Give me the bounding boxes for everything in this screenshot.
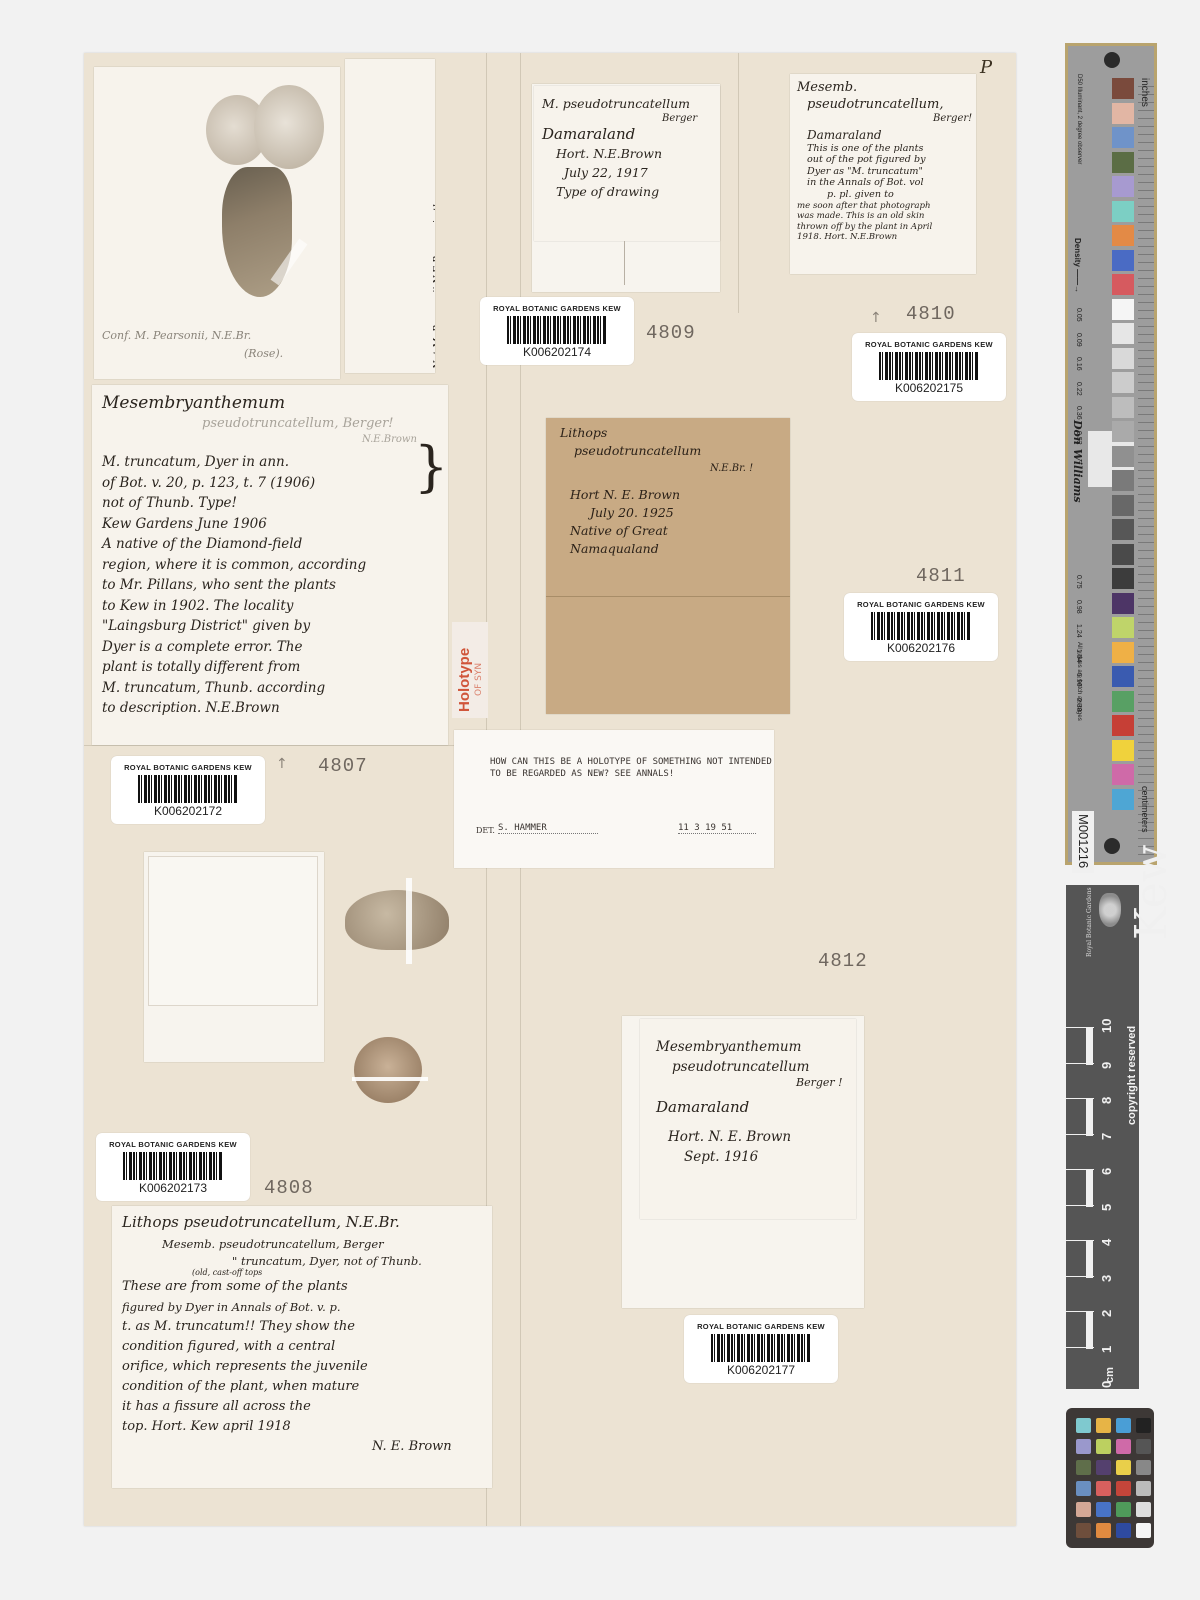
color-patch [1112,495,1134,516]
color-patch [1112,348,1134,369]
checker-swatch [1116,1418,1131,1433]
type-label-subtitle-author: N.E.Brown [102,434,438,446]
color-patch [1112,544,1134,565]
checker-swatch [1096,1502,1111,1517]
divider-horizontal [84,745,486,746]
density-value: 1.96 [1075,673,1082,687]
specimen-fragment-upper [345,890,449,950]
cm-segment [1066,1134,1094,1170]
stamp-number-4808: 4808 [264,1177,314,1199]
barcode-label-K006202174: ROYAL BOTANIC GARDENS KEW K006202174 [480,297,634,365]
barcode-bars [879,352,979,380]
specimen-tape-upper [406,878,412,964]
barcode-bars [123,1152,223,1180]
color-patch [1112,421,1134,442]
specimen-fragment-lower [354,1037,422,1103]
mesemb-skin-label: Mesemb. pseudotruncatellum, Berger! Dama… [790,74,976,274]
barcode-label-K006202175: ROYAL BOTANIC GARDENS KEW K006202175 [852,333,1006,401]
color-patch [1112,764,1134,785]
checker-swatch [1136,1481,1151,1496]
color-patch [1112,250,1134,271]
checker-swatch [1136,1439,1151,1454]
color-patch [1112,127,1134,148]
density-value: 2.38 [1075,698,1082,712]
color-patch [1112,201,1134,222]
packet-fold-line [624,241,625,285]
color-patch [1112,519,1134,540]
cm-tick-label: 2 [1099,1310,1114,1317]
kew-crest-icon [1099,893,1121,927]
holotype-stamp: Holotype OF SYN [452,622,488,718]
density-value: 0.16 [1075,357,1082,371]
color-calibration-strip: inches centimeters D50 Illuminant, 2 deg… [1065,43,1157,865]
type-label-title: Mesembryanthemum [102,393,438,414]
checker-swatch [1096,1460,1111,1475]
pearsonii-specimen-label: Conf. M. Pearsonii, N.E.Br. (Rose). [94,67,340,379]
barcode-label-K006202176: ROYAL BOTANIC GARDENS KEW K006202176 [844,593,998,661]
corner-mark: P [980,57,992,78]
divider-vertical-mid [738,53,739,313]
cm-tick-label: 9 [1099,1061,1114,1068]
checker-swatch [1096,1481,1111,1496]
arrow-up-icon: ↑ [276,756,288,772]
checker-swatch [1116,1481,1131,1496]
color-patch [1112,593,1134,614]
cm-tick-label: 1 [1099,1345,1114,1352]
cm-tick-label: 4 [1099,1239,1114,1246]
color-patch [1112,740,1134,761]
checker-swatch [1096,1523,1111,1538]
cm-tick-label: 0 [1099,1381,1114,1388]
stamp-number-4809: 4809 [646,322,696,344]
color-patch [1112,397,1134,418]
color-patch [1112,568,1134,589]
kew-brand-sub: Royal Botanic Gardens [1086,887,1093,957]
checker-swatch [1136,1418,1151,1433]
cm-tick-label: 6 [1099,1168,1114,1175]
barcode-bars [871,612,971,640]
color-patch [1112,323,1134,344]
cm-tick-label: 8 [1099,1097,1114,1104]
copyright-note: copyright reserved [1126,1026,1138,1125]
density-value: 0.22 [1075,382,1082,396]
cm-tick-label: 3 [1099,1274,1114,1281]
vertical-annotation-text: Not M. Pearsonii N.E.Br.; nor in the sli… [431,65,435,369]
checker-swatch [1076,1460,1091,1475]
lithops-description-label: Lithops pseudotruncatellum, N.E.Br. Mese… [112,1206,492,1488]
type-label-subtitle: pseudotruncatellum, Berger! [102,414,438,435]
cm-segment [1066,1311,1094,1347]
color-patch [1112,299,1134,320]
cm-ruler [1066,1027,1094,1382]
cm-segment [1066,1240,1094,1276]
strip-units-bottom: centimeters [1140,786,1150,833]
color-patch [1112,103,1134,124]
kraft-envelope-label: Lithops pseudotruncatellum N.E.Br. ! Hor… [546,418,790,714]
det-name: S. HAMMER [498,823,598,834]
color-patch [1112,274,1134,295]
color-patch [1112,176,1134,197]
density-value: 0.98 [1075,600,1082,614]
stamp-number-4810: 4810 [906,303,956,325]
determination-slip: HOW CAN THIS BE A HOLOTYPE OF SOMETHING … [454,730,774,868]
cm-segment [1066,1063,1094,1099]
density-value: 0.75 [1075,575,1082,589]
barcode-bars [138,775,238,803]
empty-packet-flap [148,856,318,1006]
specimen-tape-lower [352,1077,428,1081]
specimen-lobe-right [254,85,324,169]
checker-swatch [1076,1523,1091,1538]
color-patch [1112,789,1134,810]
vertical-annotation-label: Not M. Pearsonii N.E.Br.; nor in the sli… [345,59,435,373]
barcode-bars [507,316,607,344]
type-description-label: Mesembryanthemum pseudotruncatellum, Ber… [92,385,448,745]
det-date: 11 3 19 51 [678,823,756,834]
density-value: 1.24 [1075,624,1082,638]
color-patch [1112,642,1134,663]
checker-swatch [1136,1460,1151,1475]
strip-illuminant-note: D50 Illuminant, 2 degree observer [1076,74,1082,164]
color-patch [1112,152,1134,173]
cm-segment [1066,1276,1094,1312]
cm-segment [1066,1205,1094,1241]
brace-glyph: } [414,457,448,478]
checker-swatch [1116,1502,1131,1517]
cm-segment [1066,1098,1094,1134]
kew-brand: Kew [1126,845,1177,940]
checker-swatch [1136,1523,1151,1538]
cm-tick-label: 5 [1099,1203,1114,1210]
checker-swatch [1096,1418,1111,1433]
cm-tick-label: 10 [1099,1019,1114,1033]
checker-swatch [1136,1502,1151,1517]
strip-catalog-code: M001216 [1072,811,1094,873]
strip-ruler [1138,86,1154,856]
color-patch [1112,666,1134,687]
strip-density-label: Density ——→ [1073,238,1082,293]
stamp-number-4812: 4812 [818,950,868,972]
density-value: 0.05 [1075,308,1082,322]
barcode-label-K006202177: ROYAL BOTANIC GARDENS KEW K006202177 [684,1315,838,1383]
checker-swatch [1116,1439,1131,1454]
stamp-number-4807: 4807 [318,755,368,777]
color-patch [1112,225,1134,246]
sept-1916-label: Mesembryanthemum pseudotruncatellum Berg… [640,1019,856,1219]
kew-cm-scale-bar: Kew Royal Botanic Gardens copyright rese… [1066,885,1139,1389]
drawing-label: M. pseudotruncatellum Berger Damaraland … [534,86,720,241]
barcode-label-K006202172: ROYAL BOTANIC GARDENS KEW K006202172 [111,756,265,824]
checker-swatch [1116,1460,1131,1475]
color-patch [1112,691,1134,712]
color-patch [1112,470,1134,491]
strip-hole-top [1104,52,1120,68]
cm-segment [1066,1027,1094,1063]
barcode-label-K006202173: ROYAL BOTANIC GARDENS KEW K006202173 [96,1133,250,1201]
barcode-bars [711,1334,811,1362]
strip-hole-bottom [1104,838,1120,854]
color-checker-card [1066,1408,1154,1548]
density-value: 0.52 [1075,431,1082,445]
cm-tick-label: 7 [1099,1132,1114,1139]
checker-swatch [1076,1418,1091,1433]
checker-swatch [1076,1502,1091,1517]
envelope-flap-fold [546,596,790,597]
checker-swatch [1076,1481,1091,1496]
color-patch [1112,446,1134,467]
color-patch [1112,617,1134,638]
color-patch [1112,78,1134,99]
pearsonii-label-collector: (Rose). [244,347,283,360]
cm-segment [1066,1347,1094,1383]
checker-swatch [1096,1439,1111,1454]
color-patch [1112,372,1134,393]
checker-swatch [1076,1439,1091,1454]
stamp-number-4811: 4811 [916,565,966,587]
density-value: 0.36 [1075,406,1082,420]
color-patch [1112,715,1134,736]
density-value: 1.54 [1075,649,1082,663]
pearsonii-label-text: Conf. M. Pearsonii, N.E.Br. [102,329,251,342]
checker-swatch [1116,1523,1131,1538]
arrow-up-icon: ↑ [870,310,882,326]
cm-segment [1066,1169,1094,1205]
strip-units-top: inches [1139,78,1150,107]
det-label: DET. [476,826,495,835]
density-value: 0.09 [1075,333,1082,347]
